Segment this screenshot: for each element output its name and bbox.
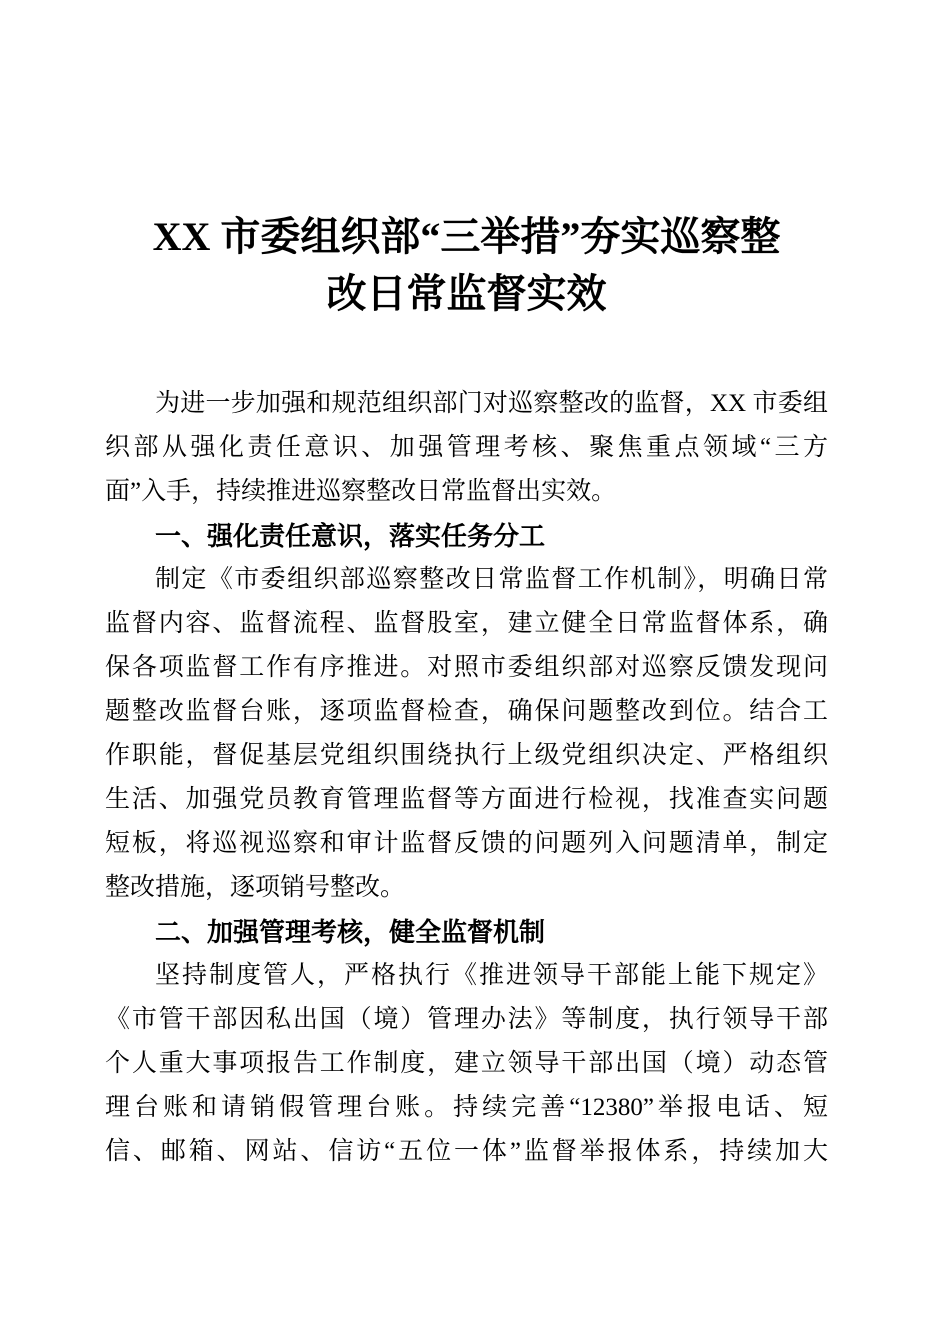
body-line: 制定《市委组织部巡察整改日常监督工作机制》，明确日常 bbox=[105, 558, 828, 602]
document-title: XX 市委组织部“三举措”夯实巡察整 改日常监督实效 bbox=[105, 208, 828, 322]
body-line: 为进一步加强和规范组织部门对巡察整改的监督，XX 市委组 bbox=[105, 382, 828, 426]
body-line: 监督内容、监督流程、监督股室，建立健全日常监督体系，确 bbox=[105, 602, 828, 646]
section-2-paragraph: 坚持制度管人，严格执行《推进领导干部能上能下规定》 《市管干部因私出国（境）管理… bbox=[105, 954, 828, 1174]
body-line: 作职能，督促基层党组织围绕执行上级党组织决定、严格组织 bbox=[105, 734, 828, 778]
section-heading-2: 二、加强管理考核，健全监督机制 bbox=[105, 910, 828, 954]
body-line: 短板，将巡视巡察和审计监督反馈的问题列入问题清单，制定 bbox=[105, 822, 828, 866]
body-line: 整改措施，逐项销号整改。 bbox=[105, 866, 828, 910]
body-line: 《市管干部因私出国（境）管理办法》等制度，执行领导干部 bbox=[105, 998, 828, 1042]
body-line: 信、邮箱、网站、信访“五位一体”监督举报体系，持续加大 bbox=[105, 1130, 828, 1174]
body-line: 织部从强化责任意识、加强管理考核、聚焦重点领域“三方 bbox=[105, 426, 828, 470]
body-line: 生活、加强党员教育管理监督等方面进行检视，找准查实问题 bbox=[105, 778, 828, 822]
body-line: 坚持制度管人，严格执行《推进领导干部能上能下规定》 bbox=[105, 954, 828, 998]
body-line: 个人重大事项报告工作制度，建立领导干部出国（境）动态管 bbox=[105, 1042, 828, 1086]
intro-paragraph: 为进一步加强和规范组织部门对巡察整改的监督，XX 市委组 织部从强化责任意识、加… bbox=[105, 382, 828, 514]
title-line: 改日常监督实效 bbox=[105, 265, 828, 322]
title-line: XX 市委组织部“三举措”夯实巡察整 bbox=[105, 208, 828, 265]
section-1-paragraph: 制定《市委组织部巡察整改日常监督工作机制》，明确日常 监督内容、监督流程、监督股… bbox=[105, 558, 828, 910]
body-line: 理台账和请销假管理台账。持续完善“12380”举报电话、短 bbox=[105, 1086, 828, 1130]
document-page: XX 市委组织部“三举措”夯实巡察整 改日常监督实效 为进一步加强和规范组织部门… bbox=[0, 0, 950, 1344]
section-heading-1: 一、强化责任意识，落实任务分工 bbox=[105, 514, 828, 558]
body-line: 题整改监督台账，逐项监督检查，确保问题整改到位。结合工 bbox=[105, 690, 828, 734]
body-line: 面”入手，持续推进巡察整改日常监督出实效。 bbox=[105, 470, 828, 514]
body-line: 保各项监督工作有序推进。对照市委组织部对巡察反馈发现问 bbox=[105, 646, 828, 690]
